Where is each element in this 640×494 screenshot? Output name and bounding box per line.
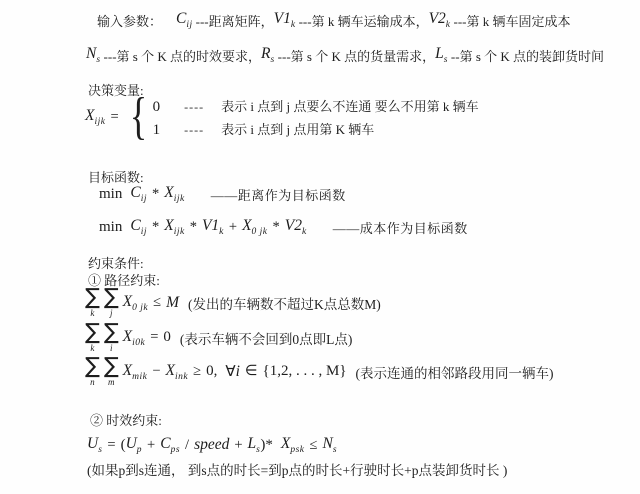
objective-cost-formula: minCij*Xijk*V1k+X0 jk*V2k——成本作为目标函数 (99, 217, 468, 237)
math-subscript: k (291, 20, 296, 30)
math-variable: Ns (322, 435, 337, 455)
constraint-3-wrap: ∑n∑mXmik−Xink≥0,∀i∈{1,2, . . . , M}(表示连通… (85, 357, 554, 387)
summation-symbol: ∑n (85, 357, 100, 387)
sigma-icon: ∑ (104, 357, 119, 378)
math-variable: Ns (86, 45, 101, 65)
math-subscript: p (137, 445, 142, 455)
input-params-line2-wrap: Ns---第 s 个 K 点的时效要求，Rs---第 s 个 K 点的货量需求，… (86, 45, 604, 65)
math-variable: Xink (166, 362, 189, 382)
constraint-same-vehicle: ∑n∑mXmik−Xink≥0,∀i∈{1,2, . . . , M}(表示连通… (85, 357, 554, 387)
math-variable: V1k (202, 217, 224, 237)
math-variable: Ls (248, 435, 261, 455)
decision-variable-definition: Xijk= { 0 ---- 表示 i 点到 j 点要么不连通 要么不用第 k … (85, 95, 479, 139)
sum-index: i (110, 344, 113, 353)
constraint-time-formula: Us=(Up+Cps/speed+Ls)*Xpsk≤Ns (87, 435, 337, 455)
formula-annotation: ——距离作为目标函数 (211, 185, 346, 204)
math-subscript: psk (290, 445, 304, 455)
math-roman: {1,2, . . . , M} (263, 363, 347, 380)
math-operator: = (110, 109, 118, 126)
math-variable: Xijk (85, 107, 105, 127)
inline-text: --第 s 个 K 点的装卸货时间 (451, 46, 604, 65)
math-subscript: 0 jk (132, 303, 148, 313)
math-variable: Xmik (123, 362, 148, 382)
inline-text: ---第 k 辆车固定成本 (454, 11, 571, 30)
math-subscript: s (98, 445, 102, 455)
sigma-icon: ∑ (85, 288, 100, 309)
sum-index: m (108, 378, 115, 387)
summation-symbol: ∑i (104, 323, 119, 353)
math-subscript: s (333, 445, 337, 455)
math-operator: − (152, 363, 160, 380)
sum-index: j (110, 309, 113, 318)
math-subscript: ijk (94, 117, 105, 127)
summation-symbol: ∑k (85, 288, 100, 318)
constraint-no-return: ∑k∑iXi0k=0(表示车辆不会回到0点即L点) (85, 323, 352, 353)
math-roman: 0, (206, 363, 217, 380)
math-variable: Up (126, 435, 142, 455)
math-operator: ≤ (153, 294, 161, 311)
objective-cost-wrap: minCij*Xijk*V1k+X0 jk*V2k——成本作为目标函数 (99, 217, 468, 237)
math-variable: Cij (176, 10, 193, 30)
math-subscript: k (302, 227, 307, 237)
math-operator: * (273, 219, 280, 236)
sigma-icon: ∑ (85, 323, 100, 344)
case-value: 1 (153, 122, 161, 139)
math-operator: * (190, 219, 197, 236)
math-variable: M (166, 294, 179, 312)
math-variable: speed (194, 436, 229, 454)
summation-symbol: ∑j (104, 288, 119, 318)
math-operator: + (234, 437, 242, 454)
math-subscript: ink (175, 372, 188, 382)
time-constraint-label: ② 时效约束: (90, 410, 162, 429)
math-variable: Xpsk (281, 435, 305, 455)
math-subscript: 0 jk (252, 227, 268, 237)
math-variable: V2k (285, 217, 307, 237)
math-variable: Cij (130, 217, 147, 237)
line-label: 输入参数： (97, 11, 162, 30)
objective-distance-wrap: minCij*Xijk——距离作为目标函数 (99, 184, 346, 204)
section-input-params: 输入参数：Cij---距离矩阵，V1k---第 k 辆车运输成本，V2k---第… (97, 10, 571, 30)
math-operator: + (147, 437, 155, 454)
math-operator: ≥ (193, 363, 201, 380)
case-dash: ---- (184, 100, 204, 115)
objective-distance-formula: minCij*Xijk——距离作为目标函数 (99, 184, 346, 204)
math-subscript: s (444, 55, 448, 65)
math-variable: X0 jk (123, 293, 148, 313)
math-subscript: ij (141, 227, 147, 237)
sigma-icon: ∑ (104, 323, 119, 344)
sum-index: n (90, 378, 95, 387)
math-variable: Ls (435, 45, 448, 65)
case-dash: ---- (184, 123, 204, 138)
math-roman: ∀ (225, 362, 235, 381)
math-variable: Rs (261, 45, 275, 65)
math-variable: Cij (130, 184, 147, 204)
formula-annotation: ——成本作为目标函数 (333, 218, 468, 237)
time-constraint-note: (如果p到s连通， 到s点的时长=到p点的时长+行驶时长+p点装卸货时长 ) (87, 459, 507, 479)
math-variable: Xi0k (123, 328, 146, 348)
constraint-2-wrap: ∑k∑iXi0k=0(表示车辆不会回到0点即L点) (85, 323, 352, 353)
math-roman: min (99, 186, 122, 203)
decision-lhs: Xijk= (85, 107, 124, 127)
inline-text: ---第 s 个 K 点的时效要求， (104, 46, 261, 65)
math-variable: V1k (274, 10, 296, 30)
math-roman: 0 (163, 329, 171, 346)
math-subscript: s (96, 55, 100, 65)
constraint-vehicle-count: ∑k∑jX0 jk≤M(发出的车辆数不超过K点总数M) (85, 288, 381, 318)
math-variable: Us (87, 435, 102, 455)
math-subscript: ijk (174, 194, 185, 204)
math-subscript: mik (132, 372, 147, 382)
math-subscript: s (270, 55, 274, 65)
input-params-line2: Ns---第 s 个 K 点的时效要求，Rs---第 s 个 K 点的货量需求，… (86, 45, 604, 65)
math-roman: )* (260, 437, 273, 454)
constraint-1-wrap: ∑k∑jX0 jk≤M(发出的车辆数不超过K点总数M) (85, 288, 381, 318)
math-operator: * (152, 186, 159, 203)
math-subscript: k (446, 20, 451, 30)
decision-cases: 0 ---- 表示 i 点到 j 点要么不连通 要么不用第 k 辆车 1 ---… (153, 96, 479, 139)
case-value: 0 (153, 99, 161, 116)
constraint-4-wrap: Us=(Up+Cps/speed+Ls)*Xpsk≤Ns (87, 435, 337, 455)
math-operator: = (150, 329, 158, 346)
math-subscript: ij (141, 194, 147, 204)
inline-text: ---距离矩阵， (196, 11, 274, 30)
sigma-icon: ∑ (85, 357, 100, 378)
math-operator: * (152, 219, 159, 236)
math-subscript: i0k (132, 338, 145, 348)
case-row-zero: 0 ---- 表示 i 点到 j 点要么不连通 要么不用第 k 辆车 (153, 96, 479, 116)
math-subscript: ps (171, 445, 180, 455)
input-params-line1: 输入参数：Cij---距离矩阵，V1k---第 k 辆车运输成本，V2k---第… (97, 10, 571, 30)
math-operator: = (107, 437, 115, 454)
formula-annotation: (表示车辆不会回到0点即L点) (180, 328, 353, 348)
sigma-icon: ∑ (104, 288, 119, 309)
math-operator: ∈ (245, 363, 258, 380)
summation-symbol: ∑k (85, 323, 100, 353)
math-subscript: ij (186, 20, 192, 30)
summation-symbol: ∑m (104, 357, 119, 387)
math-variable: X0 jk (242, 217, 267, 237)
case-description: 表示 i 点到 j 点用第 K 辆车 (221, 119, 374, 138)
formula-annotation: (表示连通的相邻路段用同一辆车) (356, 362, 554, 382)
case-description: 表示 i 点到 j 点要么不连通 要么不用第 k 辆车 (221, 96, 478, 115)
inline-text: ---第 k 辆车运输成本， (299, 11, 429, 30)
sum-index: k (90, 309, 94, 318)
math-subscript: k (219, 227, 224, 237)
case-row-one: 1 ---- 表示 i 点到 j 点用第 K 辆车 (153, 119, 479, 139)
math-variable: Xijk (164, 184, 184, 204)
math-roman: min (99, 219, 122, 236)
inline-text: ---第 s 个 K 点的货量需求， (278, 46, 435, 65)
sum-index: k (90, 344, 94, 353)
math-variable: Cps (160, 435, 180, 455)
formula-annotation: (发出的车辆数不超过K点总数M) (188, 293, 381, 313)
math-variable: Xijk (164, 217, 184, 237)
math-variable: V2k (429, 10, 451, 30)
math-subscript: ijk (174, 227, 185, 237)
document-page: 输入参数：Cij---距离矩阵，V1k---第 k 辆车运输成本，V2k---第… (0, 0, 640, 494)
math-variable: i (236, 363, 240, 381)
math-operator: ≤ (310, 437, 318, 454)
left-brace: { (129, 95, 146, 139)
math-operator: + (229, 219, 237, 236)
math-operator: / (185, 437, 189, 454)
